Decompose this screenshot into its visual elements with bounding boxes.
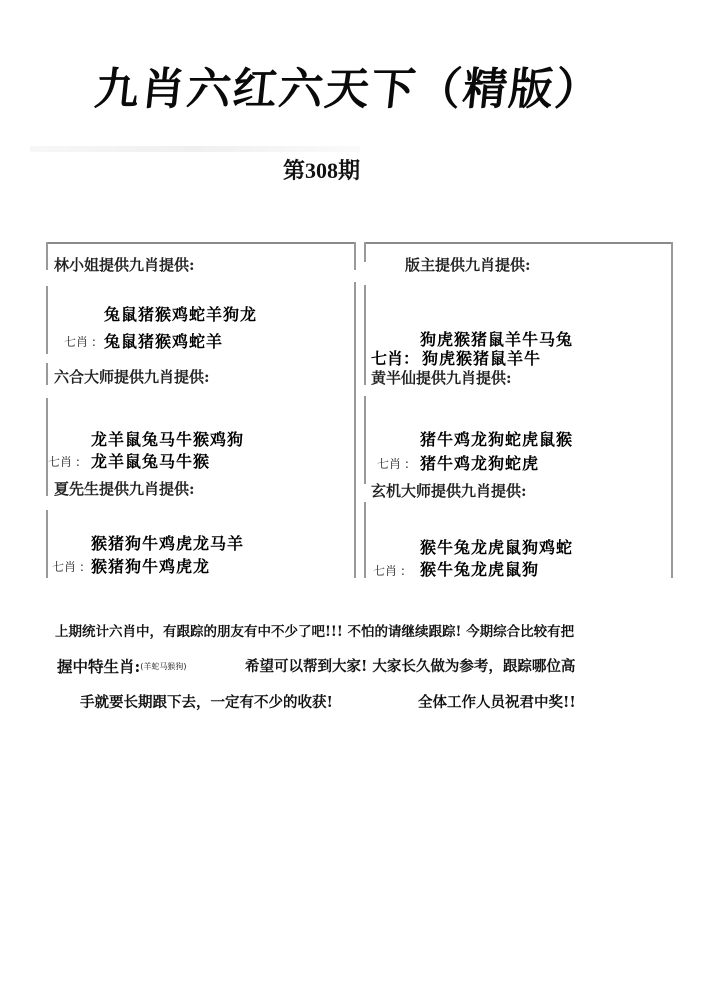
provider-heading: 版主提供九肖提供: [405,254,531,275]
provider-heading: 林小姐提供九肖提供: [54,254,195,275]
message-line-3-end: 全体工作人员祝君中奖!! [418,691,576,712]
message-line-3-start: 手就要长期跟下去，一定有不少的收获! [80,691,333,712]
seven-zodiac-list: 龙羊鼠兔马牛猴 [91,449,210,472]
seven-zodiac-label: 七肖 : [377,455,409,472]
page-title: 九肖六红六天下（精版） [92,62,598,118]
seven-zodiac-label: 七肖 : [373,562,405,579]
nine-zodiac-list: 龙羊鼠兔马牛猴鸡狗 [91,427,244,450]
nine-zodiac-list: 兔鼠猪猴鸡蛇羊狗龙 [104,302,257,325]
left-box-right-border [354,242,356,270]
seven-zodiac-label: 七肖： [371,346,419,369]
right-box-top-border [364,242,672,244]
left-box-left-border [46,510,48,578]
seven-zodiac-list: 猪牛鸡龙狗蛇虎 [420,451,539,474]
seven-zodiac-label: 七肖 : [52,558,84,575]
left-box-left-border [46,242,48,270]
left-box-left-border [46,363,48,385]
message-line-1: 上期统计六肖中，有跟踪的朋友有中不少了吧!!! 不怕的请继续跟踪! 今期综合比较… [55,620,574,640]
seven-zodiac-label: 七肖 : [48,453,80,470]
special-zodiac-note: (羊蛇马猴狗) [140,662,186,671]
message-line-2-end: 希望可以帮到大家! 大家长久做为参考，跟踪哪位高 [245,655,575,676]
nine-zodiac-list: 猴牛兔龙虎鼠狗鸡蛇 [420,535,573,558]
message-line-2-start: 握中特生肖:(羊蛇马猴狗) [57,655,186,677]
right-box-right-border [671,242,673,578]
seven-zodiac-list: 狗虎猴猪鼠羊牛 [422,346,541,369]
nine-zodiac-list: 猴猪狗牛鸡虎龙马羊 [91,531,244,554]
seven-zodiac-label: 七肖 : [64,333,96,350]
provider-heading: 玄机大师提供九肖提供: [371,480,527,501]
issue-number: 第308期 [283,154,360,185]
provider-heading: 夏先生提供九肖提供: [54,478,195,499]
left-box-left-border [46,398,48,496]
right-box-left-border [364,242,366,262]
seven-zodiac-list: 猴猪狗牛鸡虎龙 [91,554,210,577]
left-box-left-border [46,286,48,354]
left-box-right-border [354,282,356,578]
seven-zodiac-list: 猴牛兔龙虎鼠狗 [420,557,539,580]
provider-heading: 六合大师提供九肖提供: [54,366,210,387]
nine-zodiac-list: 猪牛鸡龙狗蛇虎鼠猴 [420,427,573,450]
provider-heading: 黄半仙提供九肖提供: [371,367,512,388]
right-box-left-border [364,285,366,385]
left-box-top-border [46,242,354,244]
message-line-2-lead: 握中特生肖: [57,657,140,676]
right-box-left-border [364,502,366,578]
right-box-left-border [364,396,366,484]
faint-divider [30,146,360,152]
seven-zodiac-list: 兔鼠猪猴鸡蛇羊 [104,329,223,352]
